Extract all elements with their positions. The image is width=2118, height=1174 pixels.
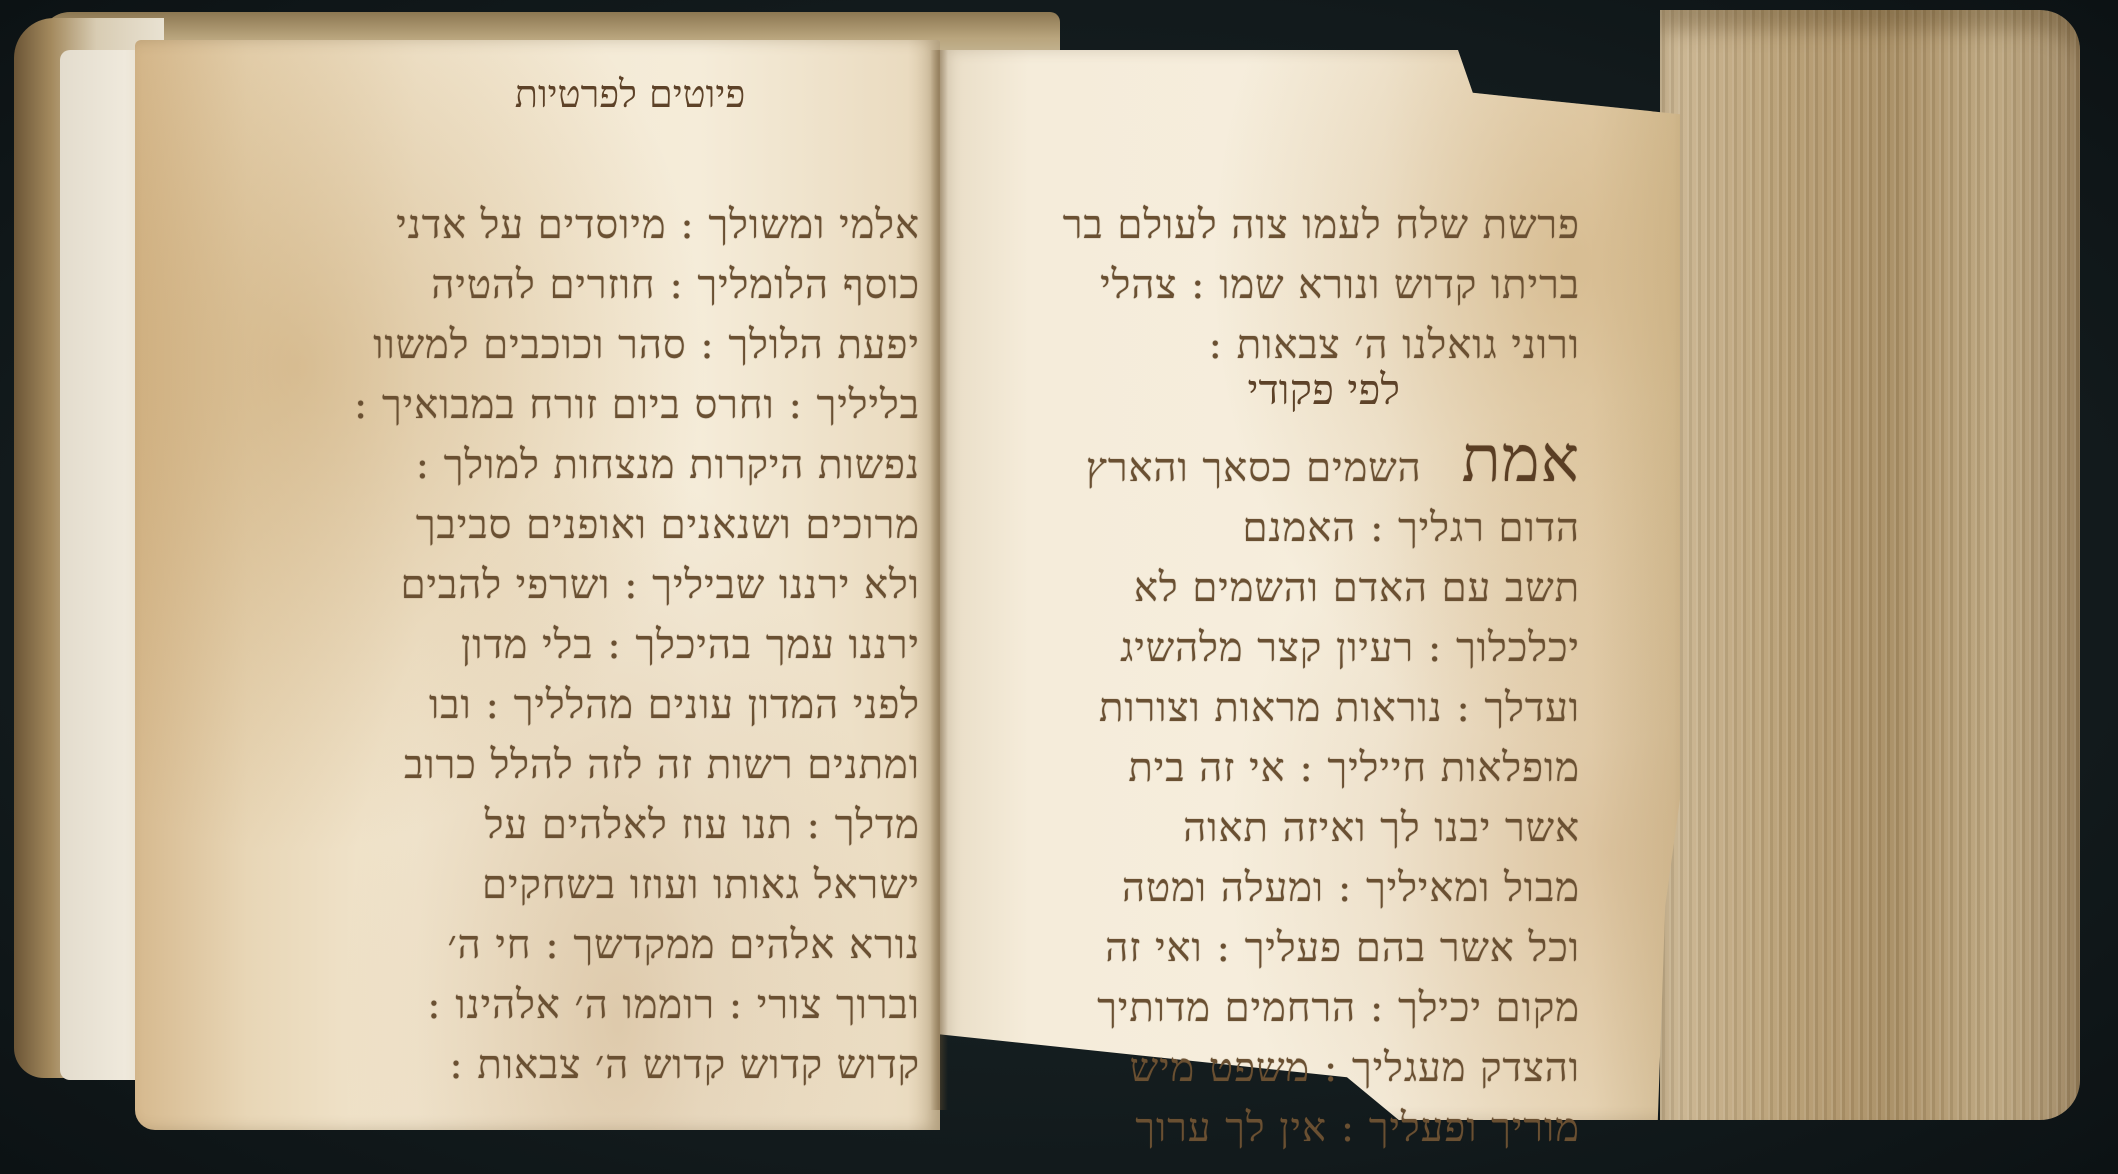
- text-line: כוסף הלומליך : חוזרים להטיה: [270, 255, 920, 315]
- text-line: מבול ומאיליך : ומעלה ומטה: [920, 858, 1580, 918]
- text-line: בריתו קדוש ונורא שמו : צהלי: [960, 255, 1580, 315]
- text-line: אשר יבנו לך ואיזה תאוה: [920, 798, 1580, 858]
- text-line: קדוש קדוש קדוש ה׳ צבאות :: [270, 1035, 920, 1095]
- text-line: וברוך צורי : רוממו ה׳ אלהינו :: [270, 975, 920, 1035]
- text-line: מוריך ופעליך : אין לך ערוך: [920, 1098, 1580, 1158]
- text-line: מדלך : תנו עוז לאלהים על: [270, 795, 920, 855]
- decorated-initial-word: אמת: [1422, 423, 1580, 497]
- text-line: נפשות היקרות מנצחות למולך :: [270, 435, 920, 495]
- text-line: מופלאות חייליך : אי זה בית: [920, 738, 1580, 798]
- text-line: והצדק מעגליך : משפט מיש: [920, 1038, 1580, 1098]
- text-line: השמים כסאך והארץ: [1086, 445, 1422, 491]
- text-line-with-initial: אמתהשמים כסאך והארץ: [920, 430, 1580, 498]
- left-page-heading: פיוטים לפרטיות: [450, 72, 810, 117]
- open-manuscript-book: פיוטים לפרטיות אלמי ומשולך : מיוסדים על …: [0, 0, 2118, 1174]
- text-line: מקום יכילך : הרחמים מדותיך: [920, 978, 1580, 1038]
- text-line: יפעת הלולך : סהר וכוכבים למשוו: [270, 315, 920, 375]
- text-line: ומתנים רשות זה לזה להלל כרוב: [270, 735, 920, 795]
- text-line: נורא אלהים ממקדשך : חי ה׳: [270, 915, 920, 975]
- text-line: וכל אשר בהם פעליך : ואי זה: [920, 918, 1580, 978]
- text-line: מרוכים ושנאנים ואופנים סביבך: [270, 495, 920, 555]
- right-page-subheading: לפי פקודי: [1200, 365, 1400, 415]
- text-line: ועדלך : נוראות מראות וצורות: [920, 678, 1580, 738]
- page-block-fore-edge: [1660, 10, 2080, 1120]
- text-line: בליליך : וחרס ביום זורח במבואיך :: [270, 375, 920, 435]
- text-line: ירננו עמך בהיכלך : בלי מדון: [270, 615, 920, 675]
- right-page-opening-text: פרשת שלח לעמו צוה לעולם בר בריתו קדוש ונ…: [960, 195, 1580, 375]
- text-line: אלמי ומשולך : מיוסדים על אדני: [270, 195, 920, 255]
- text-line: ישראל גאותו ועוזו בשחקים: [270, 855, 920, 915]
- text-line: ולא ירננו שביליך : ושרפי להבים: [270, 555, 920, 615]
- left-page-text: אלמי ומשולך : מיוסדים על אדני כוסף הלומל…: [270, 195, 920, 1095]
- text-line: הדום רגליך : האמנם: [920, 498, 1580, 558]
- text-line: פרשת שלח לעמו צוה לעולם בר: [960, 195, 1580, 255]
- right-page-text: אמתהשמים כסאך והארץ הדום רגליך : האמנם ת…: [920, 430, 1580, 1158]
- text-line: תשב עם האדם והשמים לא: [920, 558, 1580, 618]
- text-line: יכלכלוך : רעיון קצר מלהשיג: [920, 618, 1580, 678]
- text-line: לפני המדון עונים מהלליך : ובו: [270, 675, 920, 735]
